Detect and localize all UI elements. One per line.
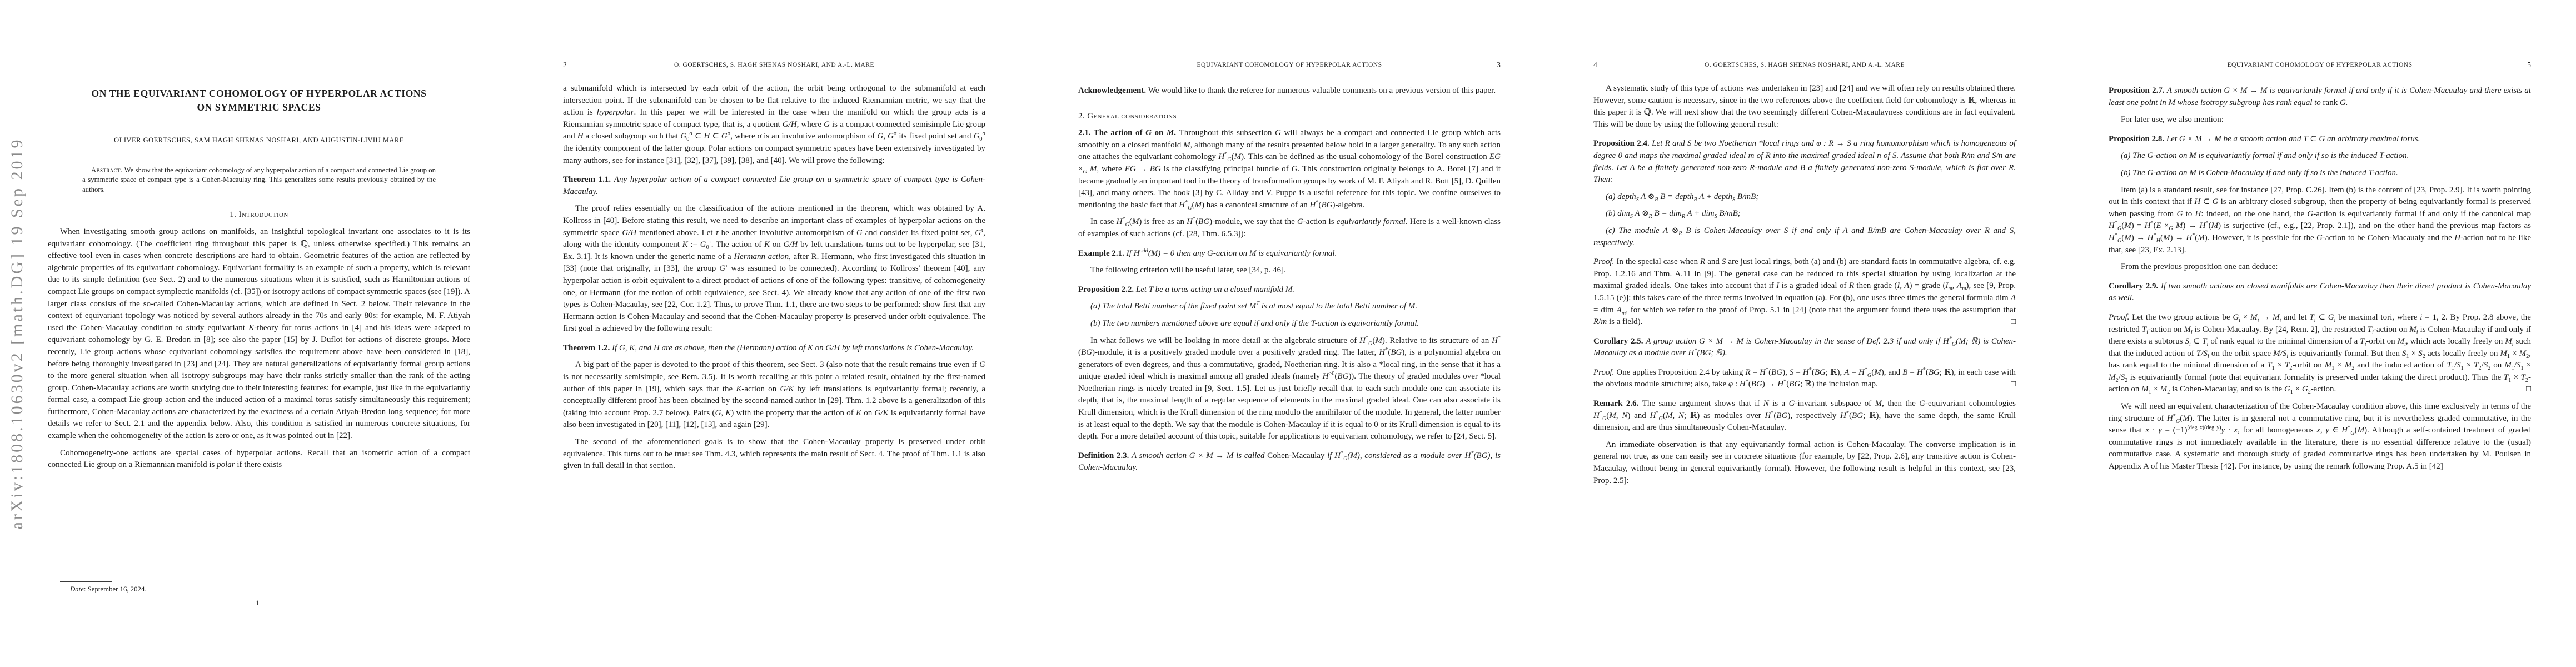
page-4-body: A systematic study of this type of actio… (1593, 83, 2016, 487)
page-3: EQUIVARIANT COHOMOLOGY OF HYPERPOLAR ACT… (1030, 0, 1546, 667)
proof-corollary-2-9-label: Proof. (2109, 313, 2132, 322)
proposition-2-4-item-b: (b) dimS A ⊗R B = dimR A + dimS B/mB; (1593, 208, 2016, 220)
running-header-page-2: 2 O. GOERTSCHES, S. HAGH SHENAS NOSHARI,… (563, 61, 985, 69)
page5-paragraph-4: We will need an equivalent characterizat… (2109, 401, 2531, 473)
page-number-1: 1 (0, 597, 515, 609)
page-2: 2 O. GOERTSCHES, S. HAGH SHENAS NOSHARI,… (515, 0, 1030, 667)
proposition-2-2: Proposition 2.2. Let T be a torus acting… (1078, 284, 1501, 296)
corollary-2-5: Corollary 2.5. A group action G × M → M … (1593, 336, 2016, 360)
page5-paragraph-3: From the previous proposition one can de… (2109, 261, 2531, 273)
page4-paragraph-1: A systematic study of this type of actio… (1593, 83, 2016, 131)
proof-corollary-2-5: Proof. One applies Proposition 2.4 by ta… (1593, 367, 2016, 391)
example-2-1-text: If Hodd(M) = 0 then any G-action on M is… (1127, 249, 1337, 258)
proposition-2-8-item-b-text: (b) The G-action on M is Cohen-Macaulay … (2121, 168, 2398, 177)
proposition-2-7-text: A smooth action G × M → M is equivariant… (2109, 86, 2531, 107)
page2-paragraph-1-text: a submanifold which is intersected by ea… (563, 84, 985, 165)
page3-paragraph-4-text: In what follows we will be looking in mo… (1078, 336, 1501, 441)
page2-paragraph-4-text: The second of the aforementioned goals i… (563, 437, 985, 470)
corollary-2-5-label: Corollary 2.5. (1593, 337, 1646, 346)
proposition-2-2-label: Proposition 2.2. (1078, 285, 1136, 294)
page4-paragraph-2-text: An immediate observation is that any equ… (1593, 440, 2016, 485)
proof-proposition-2-4-text: In the special case when R and S are jus… (1593, 257, 2016, 326)
intro-paragraph-2: Cohomogeneity-one actions are special ca… (48, 447, 470, 471)
proposition-2-4: Proposition 2.4. Let R and S be two Noet… (1593, 138, 2016, 186)
running-header-title: EQUIVARIANT COHOMOLOGY OF HYPERPOLAR ACT… (2228, 62, 2413, 68)
page4-paragraph-1-text: A systematic study of this type of actio… (1593, 84, 2016, 129)
theorem-1-1: Theorem 1.1. Any hyperpolar action of a … (563, 174, 985, 198)
proposition-2-2-item-b-text: (b) The two numbers mentioned above are … (1090, 319, 1419, 328)
page3-paragraph-4: In what follows we will be looking in mo… (1078, 335, 1501, 443)
proof-corollary-2-5-label: Proof. (1593, 368, 1616, 377)
date-footnote: Date: September 16, 2024. (60, 581, 444, 594)
intro-paragraph-1-text: When investigating smooth group actions … (48, 227, 470, 440)
page-number-5: 5 (2527, 61, 2531, 69)
page3-paragraph-3-text: The following criterion will be useful l… (1090, 266, 1286, 275)
corollary-2-9-label: Corollary 2.9. (2109, 282, 2161, 291)
intro-paragraph-1: When investigating smooth group actions … (48, 226, 470, 442)
proposition-2-2-item-a-text: (a) The total Betti number of the fixed … (1090, 302, 1417, 311)
page-3-body: Acknowledgement. We would like to thank … (1078, 85, 1501, 474)
page2-paragraph-1: a submanifold which is intersected by ea… (563, 83, 985, 167)
acknowledgement-label: Acknowledgement. (1078, 86, 1148, 95)
page-2-body: a submanifold which is intersected by ea… (563, 83, 985, 472)
proposition-2-8-item-a-text: (a) The G-action on M is equivariantly f… (2121, 151, 2409, 160)
page-5-body: Proposition 2.7. A smooth action G × M →… (2109, 85, 2531, 473)
page5-paragraph-1: For later use, we also mention: (2109, 114, 2531, 126)
page4-paragraph-2: An immediate observation is that any equ… (1593, 439, 2016, 487)
running-header-title: EQUIVARIANT COHOMOLOGY OF HYPERPOLAR ACT… (1197, 62, 1382, 68)
page5-paragraph-2: Item (a) is a standard result, see for i… (2109, 185, 2531, 257)
example-2-1: Example 2.1. If Hodd(M) = 0 then any G-a… (1078, 248, 1501, 260)
proposition-2-4-item-a: (a) depthS A ⊗R B = depthR A + depthS B/… (1593, 191, 2016, 203)
running-header-page-4: 4 O. GOERTSCHES, S. HAGH SHENAS NOSHARI,… (1593, 61, 2016, 69)
page3-paragraph-2-text: In case H*G(M) is free as an H*(BG)-modu… (1078, 217, 1501, 238)
intro-paragraph-2-text: Cohomogeneity-one actions are special ca… (48, 449, 470, 470)
subsection-2-1-text: Throughout this subsection G will always… (1078, 128, 1501, 210)
corollary-2-9-text: If two smooth actions on closed manifold… (2109, 282, 2531, 303)
date-label: Date (70, 585, 84, 593)
authors-line: OLIVER GOERTSCHES, SAM HAGH SHENAS NOSHA… (48, 135, 470, 147)
page-4: 4 O. GOERTSCHES, S. HAGH SHENAS NOSHARI,… (1546, 0, 2061, 667)
acknowledgement: Acknowledgement. We would like to thank … (1078, 85, 1501, 97)
page5-paragraph-3-text: From the previous proposition one can de… (2121, 262, 2278, 271)
footnote-rule (60, 581, 112, 582)
proposition-2-8: Proposition 2.8. Let G × M → M be a smoo… (2109, 133, 2531, 146)
theorem-1-1-text: Any hyperpolar action of a compact conne… (563, 175, 985, 196)
qed-symbol: □ (2526, 384, 2531, 396)
proposition-2-4-item-c: (c) The module A ⊗R B is Cohen-Macaulay … (1593, 225, 2016, 249)
proposition-2-8-item-b: (b) The G-action on M is Cohen-Macaulay … (2109, 167, 2531, 180)
section-heading-introduction: 1. Introduction (48, 209, 470, 221)
proof-corollary-2-5-text: One applies Proposition 2.4 by taking R … (1593, 368, 2016, 389)
page-1-body: When investigating smooth group actions … (48, 226, 470, 471)
proposition-2-7-label: Proposition 2.7. (2109, 86, 2167, 95)
page5-paragraph-1-text: For later use, we also mention: (2121, 115, 2224, 124)
definition-2-3-text: A smooth action G × M → M is called Cohe… (1078, 451, 1501, 472)
page-5: EQUIVARIANT COHOMOLOGY OF HYPERPOLAR ACT… (2061, 0, 2576, 667)
proposition-2-2-text: Let T be a torus acting on a closed mani… (1136, 285, 1294, 294)
page-number-3: 3 (1497, 61, 1501, 69)
page5-paragraph-4-text: We will need an equivalent characterizat… (2109, 402, 2531, 471)
proposition-2-8-label: Proposition 2.8. (2109, 135, 2166, 143)
date-value: : September 16, 2024. (84, 585, 147, 593)
footnote-text: Date: September 16, 2024. (60, 585, 444, 594)
subsection-2-1: 2.1. The action of G on M. Throughout th… (1078, 127, 1501, 211)
proposition-2-8-text: Let G × M → M be a smooth action and T ⊂… (2166, 135, 2420, 143)
page2-paragraph-3-text: A big part of the paper is devoted to th… (563, 360, 985, 429)
proposition-2-4-label: Proposition 2.4. (1593, 139, 1652, 148)
page3-paragraph-2: In case H*G(M) is free as an H*(BG)-modu… (1078, 216, 1501, 240)
qed-symbol: □ (2011, 379, 2016, 391)
page-number-4: 4 (1593, 61, 1597, 69)
acknowledgement-text: We would like to thank the referee for n… (1148, 86, 1496, 95)
proposition-2-4-item-c-text: (c) The module A ⊗R B is Cohen-Macaulay … (1593, 226, 2016, 247)
proof-corollary-2-9: Proof. Let the two group actions be Gi ×… (2109, 312, 2531, 396)
remark-2-6-text: The same argument shows that if N is a G… (1593, 399, 2016, 432)
arxiv-watermark: arXiv:1808.10630v2 [math.DG] 19 Sep 2019 (11, 138, 23, 530)
running-header-page-5: EQUIVARIANT COHOMOLOGY OF HYPERPOLAR ACT… (2109, 61, 2531, 69)
section-heading-general-considerations-text: 2. General considerations (1078, 112, 1177, 121)
page3-paragraph-3: The following criterion will be useful l… (1078, 265, 1501, 277)
theorem-1-2-text: If G, K, and H are as above, then the (H… (612, 344, 974, 352)
paper-title: ON THE EQUIVARIANT COHOMOLOGY OF HYPERPO… (48, 87, 470, 115)
theorem-1-1-label: Theorem 1.1. (563, 175, 614, 184)
proof-corollary-2-9-text: Let the two group actions be Gi × Mi → M… (2109, 313, 2531, 394)
page2-paragraph-2-text: The proof relies essentially on the clas… (563, 204, 985, 333)
proposition-2-4-text: Let R and S be two Noetherian *local rin… (1593, 139, 2016, 184)
corollary-2-5-text: A group action G × M → M is Cohen-Macaul… (1593, 337, 2016, 358)
corollary-2-9: Corollary 2.9. If two smooth actions on … (2109, 281, 2531, 305)
theorem-1-2: Theorem 1.2. If G, K, and H are as above… (563, 342, 985, 355)
proposition-2-2-item-a: (a) The total Betti number of the fixed … (1078, 301, 1501, 313)
abstract-text: We show that the equivariant cohomology … (82, 166, 436, 193)
running-header-page-3: EQUIVARIANT COHOMOLOGY OF HYPERPOLAR ACT… (1078, 61, 1501, 69)
page5-paragraph-2-text: Item (a) is a standard result, see for i… (2109, 186, 2531, 255)
paper-title-line2: ON SYMMETRIC SPACES (48, 101, 470, 115)
page2-paragraph-3: A big part of the paper is devoted to th… (563, 359, 985, 431)
proposition-2-2-item-b: (b) The two numbers mentioned above are … (1078, 318, 1501, 330)
page-number-2: 2 (563, 61, 567, 69)
example-2-1-label: Example 2.1. (1078, 249, 1127, 258)
proof-proposition-2-4-label: Proof. (1593, 257, 1616, 266)
running-header-authors: O. GOERTSCHES, S. HAGH SHENAS NOSHARI, A… (1705, 62, 1905, 68)
abstract-label: Abstract. (91, 166, 123, 174)
abstract: Abstract. We show that the equivariant c… (82, 166, 436, 195)
page2-paragraph-4: The second of the aforementioned goals i… (563, 436, 985, 472)
proof-proposition-2-4: Proof. In the special case when R and S … (1593, 256, 2016, 328)
proposition-2-4-item-a-text: (a) depthS A ⊗R B = depthR A + depthS B/… (1606, 192, 1758, 201)
paper-title-line1: ON THE EQUIVARIANT COHOMOLOGY OF HYPERPO… (48, 87, 470, 101)
page2-paragraph-2: The proof relies essentially on the clas… (563, 203, 985, 335)
subsection-2-1-label: 2.1. The action of G on M. (1078, 128, 1179, 137)
proposition-2-7: Proposition 2.7. A smooth action G × M →… (2109, 85, 2531, 109)
remark-2-6-label: Remark 2.6. (1593, 399, 1642, 408)
theorem-1-2-label: Theorem 1.2. (563, 344, 612, 352)
qed-symbol: □ (2011, 316, 2016, 328)
paper-scan: arXiv:1808.10630v2 [math.DG] 19 Sep 2019… (0, 0, 2576, 667)
definition-2-3: Definition 2.3. A smooth action G × M → … (1078, 450, 1501, 474)
page-1: arXiv:1808.10630v2 [math.DG] 19 Sep 2019… (0, 0, 515, 667)
proposition-2-4-item-b-text: (b) dimS A ⊗R B = dimR A + dimS B/mB; (1606, 209, 1741, 218)
definition-2-3-label: Definition 2.3. (1078, 451, 1132, 460)
running-header-authors: O. GOERTSCHES, S. HAGH SHENAS NOSHARI, A… (674, 62, 874, 68)
remark-2-6: Remark 2.6. The same argument shows that… (1593, 398, 2016, 434)
section-heading-general-considerations: 2. General considerations (1078, 111, 1501, 123)
proposition-2-8-item-a: (a) The G-action on M is equivariantly f… (2109, 150, 2531, 162)
